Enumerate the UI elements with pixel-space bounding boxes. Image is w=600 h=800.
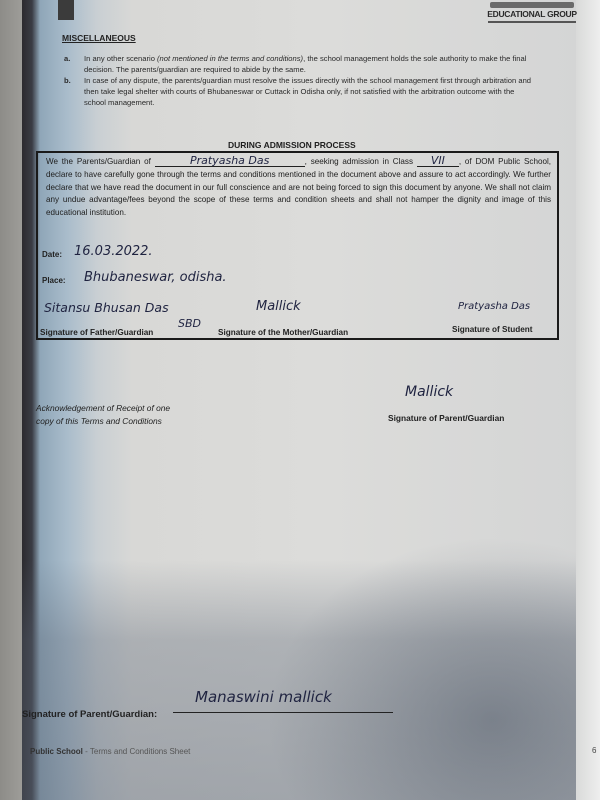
bottom-signature: Manaswini mallick <box>195 688 332 706</box>
footer-sheet: - Terms and Conditions Sheet <box>83 747 190 756</box>
logo-tagline <box>488 21 576 23</box>
misc-item-a: a. In any other scenario (not mentioned … <box>64 53 534 75</box>
miscellaneous-heading: MISCELLANEOUS <box>62 33 136 43</box>
ack-signature-label: Signature of Parent/Guardian <box>388 413 504 423</box>
father-signature: Sitansu Bhusan Das <box>44 300 169 315</box>
father-signature-label: Signature of Father/Guardian <box>40 328 153 337</box>
logo-mark <box>490 2 574 8</box>
mother-signature: Mallick <box>256 299 301 314</box>
declaration-text: We the Parents/Guardian of Pratyasha Das… <box>46 155 551 220</box>
misc-item-b: b. In case of any dispute, the parents/g… <box>64 75 534 108</box>
document-page <box>22 0 600 800</box>
ack-line-2: copy of this Terms and Conditions <box>36 415 170 428</box>
student-signature-label: Signature of Student <box>452 325 533 334</box>
ack-signature: Mallick <box>405 384 453 400</box>
father-signature-mark: SBD <box>178 317 201 330</box>
ack-line-1: Acknowledgement of Receipt of one <box>36 402 170 415</box>
page-number: 6 <box>592 746 596 755</box>
acknowledgement-text: Acknowledgement of Receipt of one copy o… <box>36 402 170 428</box>
decl-part2: , seeking admission in Class <box>305 157 417 166</box>
item-text-italic: (not mentioned in the terms and conditio… <box>157 54 303 63</box>
item-marker: a. <box>64 53 70 64</box>
school-logo: EDUCATIONAL GROUP <box>482 2 582 23</box>
admission-heading: DURING ADMISSION PROCESS <box>228 140 356 150</box>
admission-declaration-box: We the Parents/Guardian of Pratyasha Das… <box>36 151 559 340</box>
student-signature: Pratyasha Das <box>458 301 530 312</box>
bottom-signature-label: Signature of Parent/Guardian: <box>22 709 157 720</box>
student-name-field: Pratyasha Das <box>155 155 305 167</box>
decl-part1: We the Parents/Guardian of <box>46 157 155 166</box>
footer-school: Public School <box>30 747 83 756</box>
mother-signature-label: Signature of the Mother/Guardian <box>218 328 348 337</box>
page-footer: Public School - Terms and Conditions She… <box>30 747 190 756</box>
item-marker: b. <box>64 75 71 86</box>
date-label: Date: <box>42 250 62 259</box>
place-value: Bhubaneswar, odisha. <box>84 270 227 285</box>
page-edge <box>576 0 600 800</box>
binder-clip <box>58 0 74 20</box>
item-text: In case of any dispute, the parents/guar… <box>84 76 531 107</box>
miscellaneous-list: a. In any other scenario (not mentioned … <box>64 53 534 108</box>
item-text: In any other scenario <box>84 54 157 63</box>
logo-text: EDUCATIONAL GROUP <box>482 9 582 19</box>
class-field: VII <box>417 155 459 167</box>
date-value: 16.03.2022. <box>74 244 153 259</box>
place-label: Place: <box>42 276 66 285</box>
